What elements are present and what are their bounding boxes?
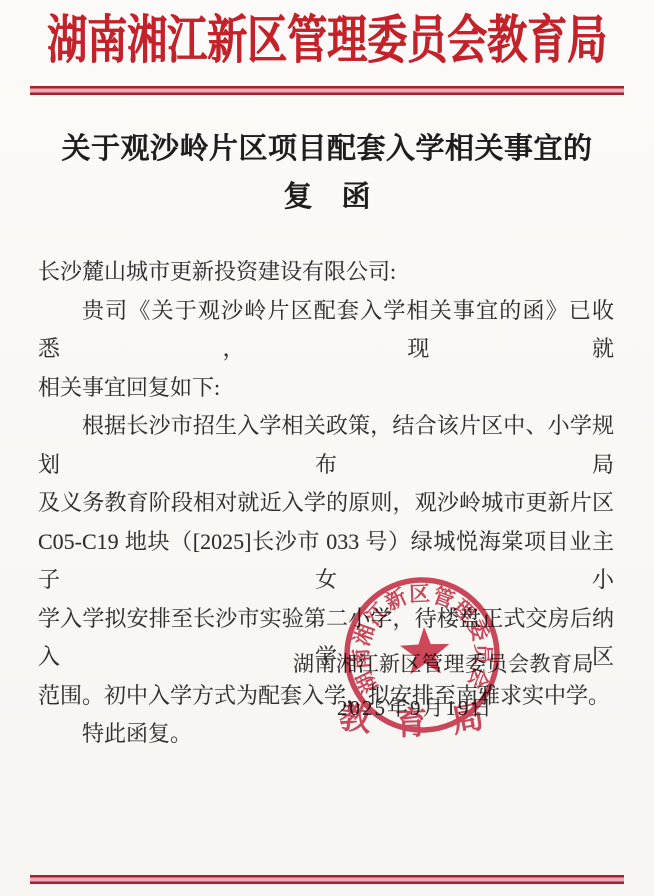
document-title: 关于观沙岭片区项目配套入学相关事宜的 复 函: [0, 127, 654, 223]
body-line: 特此函复。: [38, 715, 614, 754]
official-seal-stamp: 湖南湘江新区管理委员会 教育局: [329, 562, 515, 748]
body-line: 及义务教育阶段相对就近入学的原则，观沙岭城市更新片区: [38, 484, 614, 523]
masthead-divider-line: [30, 86, 624, 95]
title-line-1: 关于观沙岭片区项目配套入学相关事宜的: [0, 127, 654, 171]
letter-body: 长沙麓山城市更新投资建设有限公司:贵司《关于观沙岭片区配套入学相关事宜的函》已收…: [38, 253, 614, 754]
body-line: 根据长沙市招生入学相关政策，结合该片区中、小学规划布局: [38, 407, 614, 484]
body-line: 范围。初中入学方式为配套入学，拟安排至南雅求实中学。: [38, 677, 614, 716]
body-line: 贵司《关于观沙岭片区配套入学相关事宜的函》已收悉，现就: [38, 292, 614, 369]
issuer-masthead: 湖南湘江新区管理委员会教育局: [0, 10, 654, 72]
star-icon: [399, 626, 450, 675]
body-line: C05-C19 地块（[2025]长沙市 033 号）绿城悦海棠项目业主子女小: [38, 523, 614, 600]
document-page: 湖南湘江新区管理委员会教育局 关于观沙岭片区项目配套入学相关事宜的 复 函 长沙…: [0, 0, 654, 896]
body-line: 长沙麓山城市更新投资建设有限公司:: [38, 253, 614, 292]
title-line-2: 复 函: [0, 171, 654, 223]
body-line: 相关事宜回复如下:: [38, 369, 614, 408]
footer-line: [30, 875, 624, 884]
